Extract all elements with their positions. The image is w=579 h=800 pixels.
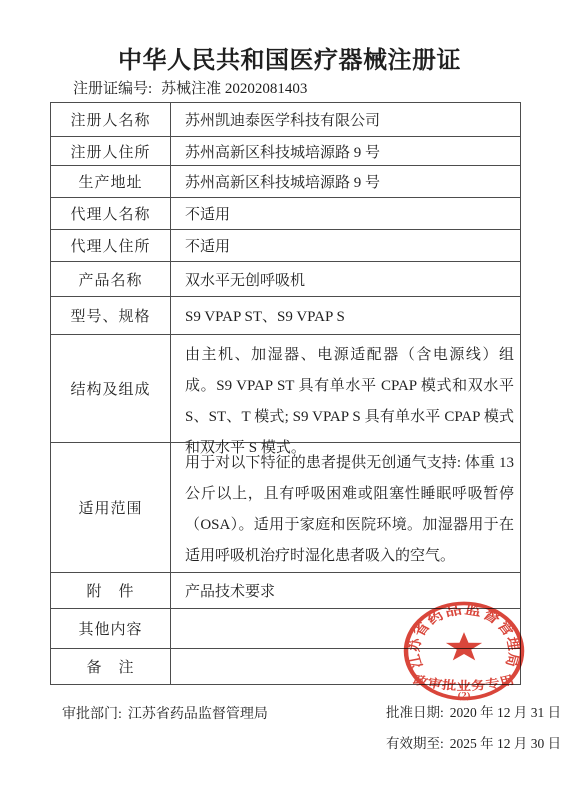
table-row: 代理人住所 不适用	[51, 229, 520, 261]
row-value-cell: 双水平无创呼吸机	[171, 262, 520, 296]
approval-date: 批准日期:2020 年 12 月 31 日	[386, 701, 561, 721]
table-row: 结构及组成 由主机、加湿器、电源适配器（含电源线）组成。S9 VPAP ST 具…	[51, 334, 520, 442]
table-row: 备 注	[51, 648, 520, 684]
certificate-table: 注册人名称 苏州凯迪泰医学科技有限公司 注册人住所 苏州高新区科技城培源路 9 …	[50, 102, 521, 685]
row-value-cell	[171, 609, 520, 648]
table-row: 适用范围 用于对以下特征的患者提供无创通气支持: 体重 13 公斤以上，且有呼吸…	[51, 442, 520, 572]
row-value-cell: 苏州高新区科技城培源路 9 号	[171, 166, 520, 197]
row-label-cell: 其他内容	[51, 609, 171, 648]
row-label-cell: 备 注	[51, 649, 171, 684]
table-row: 型号、规格 S9 VPAP ST、S9 VPAP S	[51, 296, 520, 334]
registration-number: 注册证编号:苏械注准 20202081403	[73, 77, 307, 98]
row-value-cell: 苏州凯迪泰医学科技有限公司	[171, 103, 520, 136]
approval-department-label: 审批部门:	[62, 707, 122, 722]
row-value-cell: S9 VPAP ST、S9 VPAP S	[171, 297, 520, 334]
page-title: 中华人民共和国医疗器械注册证	[0, 40, 579, 75]
row-label-cell: 生产地址	[51, 166, 171, 197]
row-label-cell: 代理人住所	[51, 230, 171, 261]
row-label-cell: 型号、规格	[51, 297, 171, 334]
row-value-cell: 产品技术要求	[171, 573, 520, 608]
valid-until-label: 有效期至:	[386, 736, 444, 751]
table-row: 注册人名称 苏州凯迪泰医学科技有限公司	[51, 103, 520, 136]
row-label-cell: 注册人名称	[51, 103, 171, 136]
table-row: 注册人住所 苏州高新区科技城培源路 9 号	[51, 136, 520, 165]
row-label-cell: 附 件	[51, 573, 171, 608]
row-label-cell: 代理人名称	[51, 198, 171, 229]
row-value-cell: 苏州高新区科技城培源路 9 号	[171, 137, 520, 165]
approval-date-value: 2020 年 12 月 31 日	[450, 705, 561, 720]
approval-department-value: 江苏省药品监督管理局	[128, 707, 268, 722]
row-label-cell: 结构及组成	[51, 335, 171, 442]
table-row: 产品名称 双水平无创呼吸机	[51, 261, 520, 296]
row-value-cell: 不适用	[171, 198, 520, 229]
row-label-cell: 产品名称	[51, 262, 171, 296]
approval-department: 审批部门:江苏省药品监督管理局	[62, 703, 268, 723]
row-value-cell: 用于对以下特征的患者提供无创通气支持: 体重 13 公斤以上，且有呼吸困难或阻塞…	[171, 443, 520, 572]
registration-number-value: 苏械注准 20202081403	[161, 81, 307, 97]
valid-until: 有效期至:2025 年 12 月 30 日	[386, 732, 561, 752]
row-value-cell	[171, 649, 520, 684]
seal-number: (2)	[458, 691, 471, 701]
registration-number-label: 注册证编号:	[73, 81, 152, 97]
valid-until-value: 2025 年 12 月 30 日	[450, 736, 561, 751]
row-label-cell: 注册人住所	[51, 137, 171, 165]
table-row: 其他内容	[51, 608, 520, 648]
row-value-cell: 不适用	[171, 230, 520, 261]
approval-date-label: 批准日期:	[386, 705, 444, 720]
row-value-cell: 由主机、加湿器、电源适配器（含电源线）组成。S9 VPAP ST 具有单水平 C…	[171, 335, 520, 442]
row-label-cell: 适用范围	[51, 443, 171, 572]
table-row: 生产地址 苏州高新区科技城培源路 9 号	[51, 165, 520, 197]
table-row: 代理人名称 不适用	[51, 197, 520, 229]
table-row: 附 件 产品技术要求	[51, 572, 520, 608]
